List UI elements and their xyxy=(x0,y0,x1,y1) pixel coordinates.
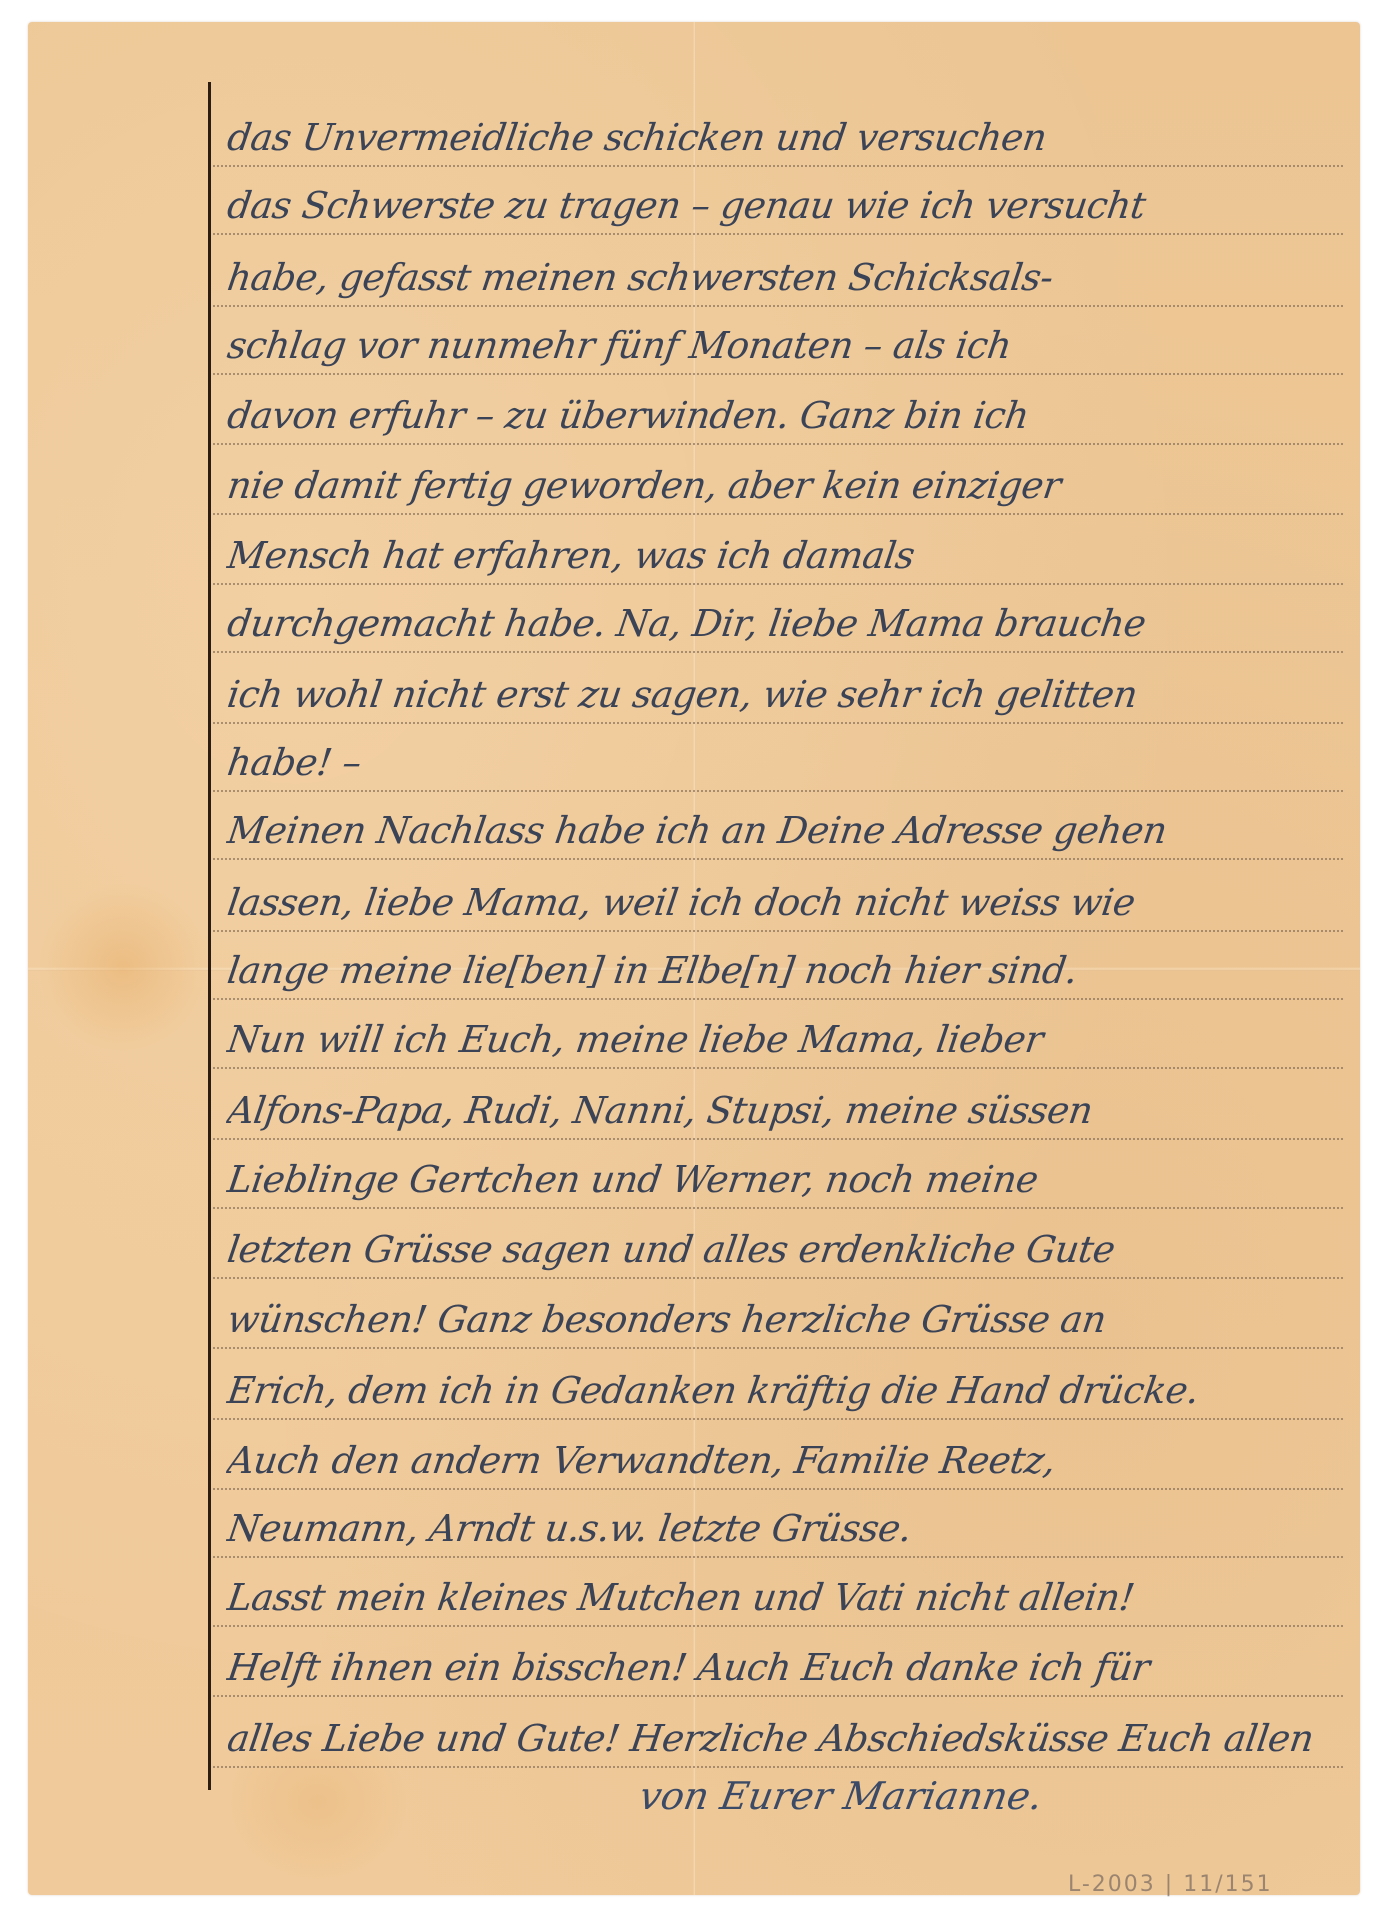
handwritten-line: Lasst mein kleines Mutchen und Vati nich… xyxy=(223,1565,1372,1631)
handwritten-line: nie damit fertig geworden, aber kein ein… xyxy=(223,453,1372,519)
handwritten-line: ich wohl nicht erst zu sagen, wie sehr i… xyxy=(223,662,1372,728)
handwritten-line: Erich, dem ich in Gedanken kräftig die H… xyxy=(223,1358,1372,1424)
handwritten-line: Meinen Nachlass habe ich an Deine Adress… xyxy=(223,798,1372,864)
paper-stain xyxy=(38,882,208,1052)
handwritten-line: Helft ihnen ein bisschen! Auch Euch dank… xyxy=(223,1635,1372,1701)
archive-number: L-2003 | 11/151 xyxy=(1068,1872,1273,1897)
margin-rule xyxy=(208,82,211,1790)
handwritten-line: davon erfuhr – zu überwinden. Ganz bin i… xyxy=(223,383,1372,449)
handwritten-line: letzten Grüsse sagen und alles erdenklic… xyxy=(223,1217,1372,1283)
handwritten-line: das Schwerste zu tragen – genau wie ich … xyxy=(223,173,1372,239)
handwritten-line: lassen, liebe Mama, weil ich doch nicht … xyxy=(223,870,1372,936)
handwritten-line: Neumann, Arndt u.s.w. letzte Grüsse. xyxy=(223,1496,1372,1562)
handwritten-line: Auch den andern Verwandten, Familie Reet… xyxy=(223,1428,1372,1494)
handwritten-line: das Unvermeidliche schicken und versuche… xyxy=(223,105,1372,171)
handwritten-line: lange meine lie[ben] in Elbe[n] noch hie… xyxy=(223,938,1372,1004)
handwritten-line: wünschen! Ganz besonders herzliche Grüss… xyxy=(223,1287,1372,1353)
letter-paper: das Unvermeidliche schicken und versuche… xyxy=(28,22,1360,1895)
handwritten-line: habe, gefasst meinen schwersten Schicksa… xyxy=(223,245,1372,311)
handwritten-line: durchgemacht habe. Na, Dir, liebe Mama b… xyxy=(223,591,1372,657)
handwritten-line: Lieblinge Gertchen und Werner, noch mein… xyxy=(223,1147,1372,1213)
handwritten-line: Mensch hat erfahren, was ich damals xyxy=(223,523,1372,589)
handwritten-line: Alfons-Papa, Rudi, Nanni, Stupsi, meine … xyxy=(223,1078,1372,1144)
handwritten-line: habe! – xyxy=(223,730,1372,796)
signature: von Eurer Marianne. xyxy=(636,1774,1046,1818)
handwritten-line: alles Liebe und Gute! Herzliche Abschied… xyxy=(223,1706,1372,1772)
handwritten-line: Nun will ich Euch, meine liebe Mama, lie… xyxy=(223,1007,1372,1073)
handwritten-line: schlag vor nunmehr fünf Monaten – als ic… xyxy=(223,313,1372,379)
